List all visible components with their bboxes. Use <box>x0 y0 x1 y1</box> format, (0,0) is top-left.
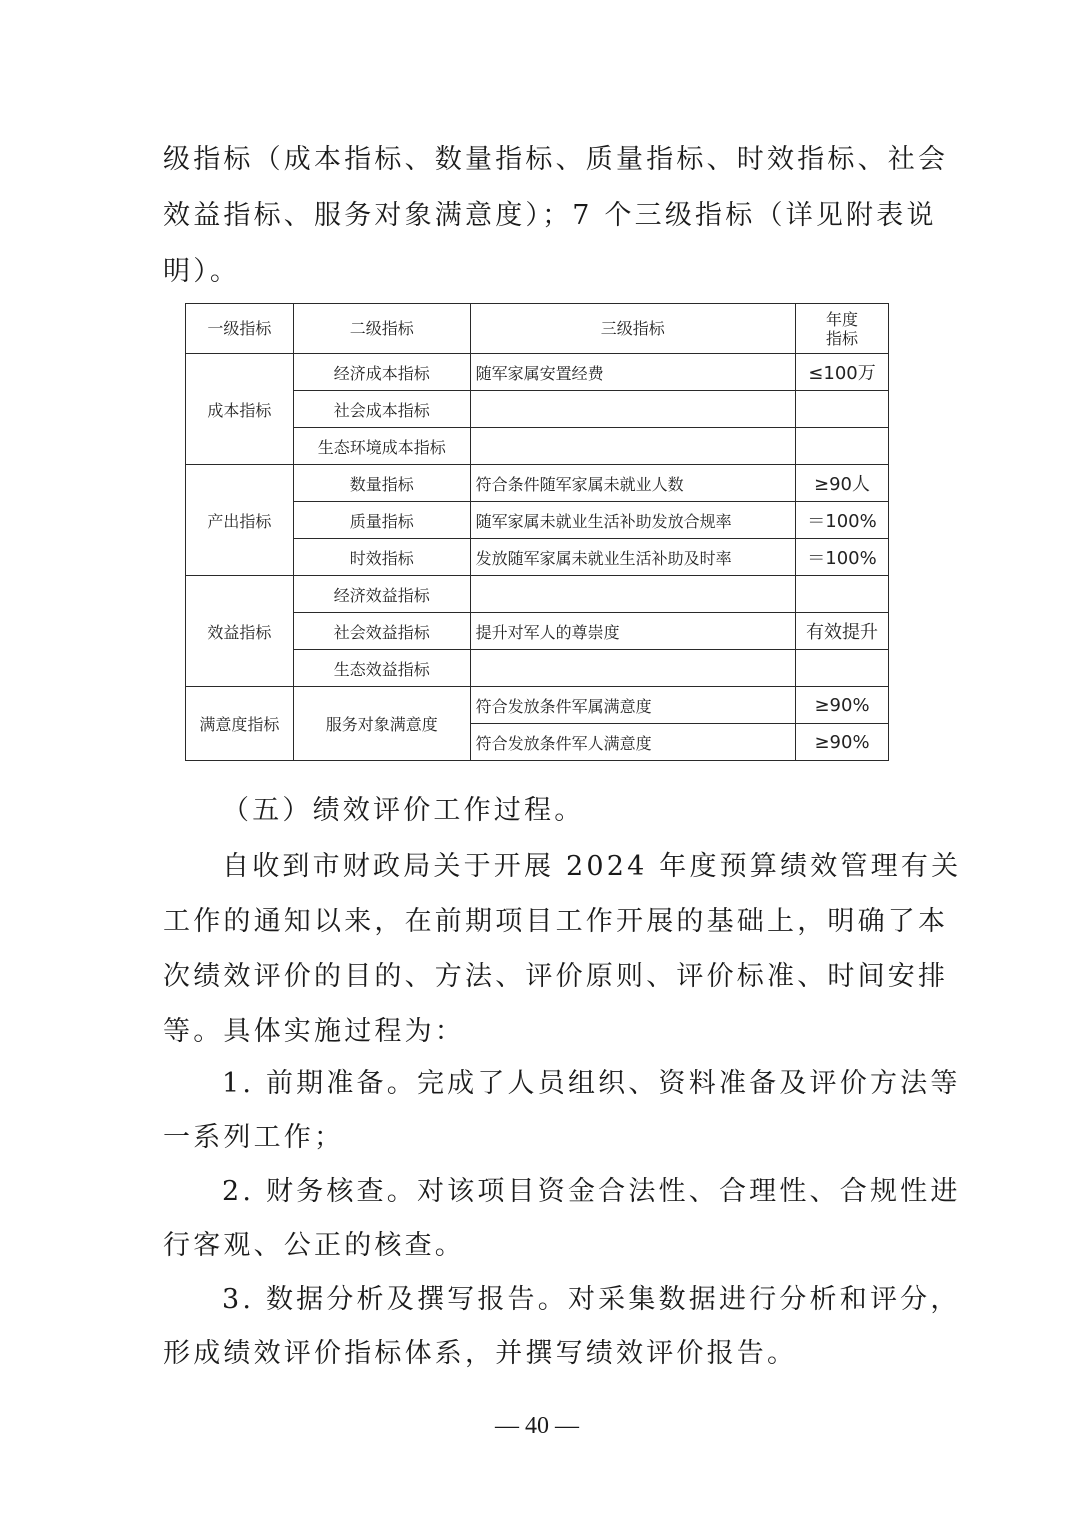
level3-cell: 发放随军家属未就业生活补助及时率 <box>470 539 795 576</box>
table-row: 产出指标 数量指标 符合条件随军家属未就业人数 ≥90人 <box>186 465 889 502</box>
table-row: 成本指标 经济成本指标 随军家属安置经费 ≤100万 <box>186 354 889 391</box>
table-header-row: 一级指标 二级指标 三级指标 年度指标 <box>186 304 889 354</box>
level2-cell: 生态效益指标 <box>293 650 470 687</box>
step-2-line: 2. 财务核查。对该项目资金合法性、合理性、合规性进 <box>222 1178 961 1205</box>
level3-cell <box>470 650 795 687</box>
paragraph-line: 工作的通知以来，在前期项目工作开展的基础上，明确了本 <box>163 908 948 935</box>
section-heading: （五）绩效评价工作过程。 <box>222 797 584 824</box>
level2-cell: 生态环境成本指标 <box>293 428 470 465</box>
step-2-line: 行客观、公正的核查。 <box>163 1232 465 1259</box>
target-cell: ＝100% <box>796 502 889 539</box>
level3-cell <box>470 576 795 613</box>
level3-cell <box>470 428 795 465</box>
level2-cell: 时效指标 <box>293 539 470 576</box>
level1-cell: 产出指标 <box>186 465 294 576</box>
step-1-line: 1. 前期准备。完成了人员组织、资料准备及评价方法等 <box>222 1070 961 1097</box>
paragraph-line: 自收到市财政局关于开展 2024 年度预算绩效管理有关 <box>222 853 961 880</box>
header-level3: 三级指标 <box>470 304 795 354</box>
level2-cell: 质量指标 <box>293 502 470 539</box>
level2-cell: 社会效益指标 <box>293 613 470 650</box>
intro-line-1: 级指标（成本指标、数量指标、质量指标、时效指标、社会 <box>163 146 948 173</box>
paragraph-line: 等。具体实施过程为： <box>163 1018 465 1045</box>
step-3-line: 形成绩效评价指标体系，并撰写绩效评价报告。 <box>163 1340 797 1367</box>
level3-cell: 随军家属安置经费 <box>470 354 795 391</box>
step-1-line: 一系列工作； <box>163 1124 344 1151</box>
level3-cell <box>470 391 795 428</box>
level3-cell: 符合发放条件军属满意度 <box>470 687 795 724</box>
level2-cell: 社会成本指标 <box>293 391 470 428</box>
level2-cell: 经济效益指标 <box>293 576 470 613</box>
target-cell <box>796 576 889 613</box>
target-cell: ≥90% <box>796 724 889 761</box>
level1-cell: 满意度指标 <box>186 687 294 761</box>
target-cell <box>796 650 889 687</box>
target-cell: 有效提升 <box>796 613 889 650</box>
target-cell: ≥90% <box>796 687 889 724</box>
level1-cell: 成本指标 <box>186 354 294 465</box>
indicator-table: 一级指标 二级指标 三级指标 年度指标 成本指标 经济成本指标 随军家属安置经费… <box>185 303 889 761</box>
table-row: 效益指标 经济效益指标 <box>186 576 889 613</box>
header-level1: 一级指标 <box>186 304 294 354</box>
target-cell: ≥90人 <box>796 465 889 502</box>
step-3-line: 3. 数据分析及撰写报告。对采集数据进行分析和评分， <box>222 1286 961 1313</box>
target-cell: ＝100% <box>796 539 889 576</box>
level3-cell: 符合条件随军家属未就业人数 <box>470 465 795 502</box>
page-number: — 40 — <box>0 1413 1074 1440</box>
level1-cell: 效益指标 <box>186 576 294 687</box>
level2-cell: 数量指标 <box>293 465 470 502</box>
level3-cell: 随军家属未就业生活补助发放合规率 <box>470 502 795 539</box>
paragraph-line: 次绩效评价的目的、方法、评价原则、评价标准、时间安排 <box>163 963 948 990</box>
level3-cell: 符合发放条件军人满意度 <box>470 724 795 761</box>
intro-line-2: 效益指标、服务对象满意度）；7 个三级指标（详见附表说 <box>163 202 937 229</box>
target-cell <box>796 391 889 428</box>
table-row: 满意度指标 服务对象满意度 符合发放条件军属满意度 ≥90% <box>186 687 889 724</box>
level3-cell: 提升对军人的尊崇度 <box>470 613 795 650</box>
header-level2: 二级指标 <box>293 304 470 354</box>
header-target: 年度指标 <box>796 304 889 354</box>
target-cell <box>796 428 889 465</box>
intro-line-3: 明）。 <box>163 258 240 285</box>
level2-cell: 经济成本指标 <box>293 354 470 391</box>
level2-cell: 服务对象满意度 <box>293 687 470 761</box>
target-cell: ≤100万 <box>796 354 889 391</box>
